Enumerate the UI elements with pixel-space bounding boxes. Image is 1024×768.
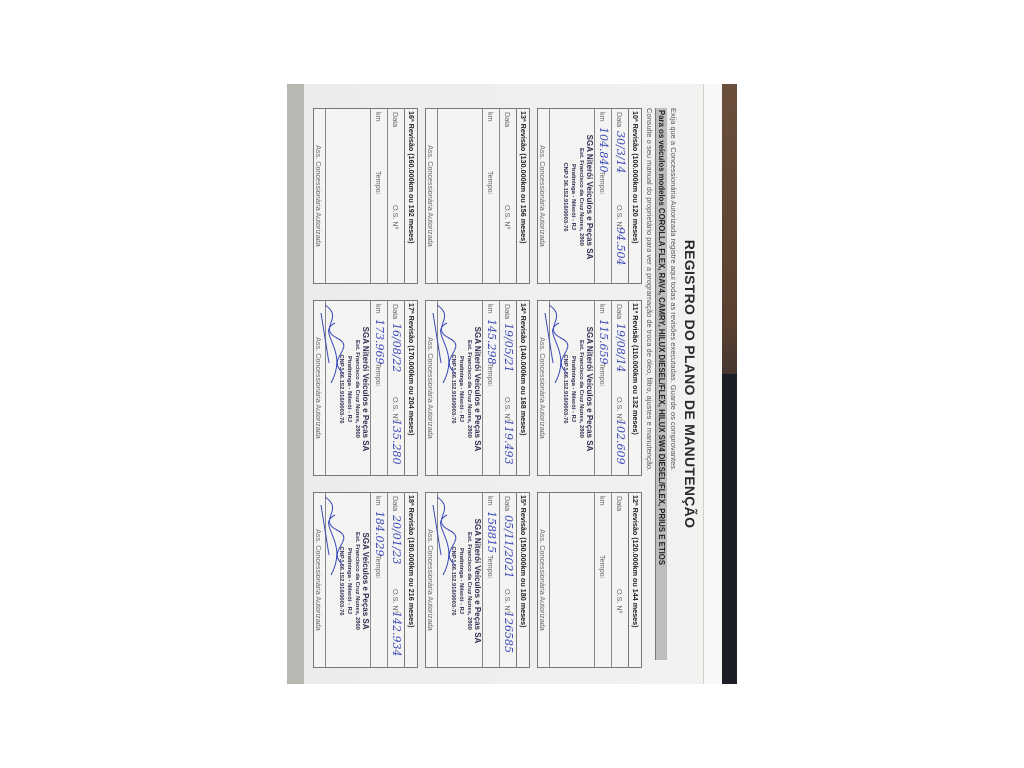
revision-title: 11ª Revisão (110.000km ou 132 meses) xyxy=(628,301,641,475)
date-row: Data O.S. Nº xyxy=(499,109,516,283)
revision-card: 13ª Revisão (130.000km ou 156 meses) Dat… xyxy=(425,108,530,284)
tempo-label: Tempo: xyxy=(598,555,607,579)
km-row: km Tempo: xyxy=(482,109,499,283)
stamp-area xyxy=(437,109,482,283)
revision-title: 10ª Revisão (100.000km ou 120 meses) xyxy=(628,109,641,283)
km-value: 158815 xyxy=(485,511,498,553)
signature-label: Ass. Concessionária Autorizada xyxy=(423,109,437,283)
km-row: km Tempo: xyxy=(594,493,611,667)
os-label: O.S. Nº xyxy=(391,589,400,613)
km-row: km 184.029 Tempo: xyxy=(370,493,387,667)
date-value: 16/08/22 xyxy=(390,323,403,372)
revision-title: 18ª Revisão (180.000km ou 216 meses) xyxy=(404,493,417,667)
signature-label: Ass. Concessionária Autorizada xyxy=(535,109,549,283)
revision-title: 13ª Revisão (130.000km ou 156 meses) xyxy=(516,109,529,283)
os-label: O.S. Nº xyxy=(615,397,624,421)
revisions-grid: 10ª Revisão (100.000km ou 120 meses) Dat… xyxy=(317,108,642,668)
signature-label: Ass. Concessionária Autorizada xyxy=(423,301,437,475)
stamp-area: SGA Niterói Veículos e Peças SAEst. Fran… xyxy=(325,301,370,475)
tempo-label: Tempo: xyxy=(598,171,607,195)
dealer-stamp: SGA Veículos e Peças SAEst. Francisco da… xyxy=(337,503,369,659)
km-value: 104.840 xyxy=(597,127,610,173)
stamp-area xyxy=(549,493,594,667)
stamp-area: SGA Niterói Veículos e Peças SAEst. Fran… xyxy=(549,301,594,475)
revision-title: 12ª Revisão (120.000km ou 144 meses) xyxy=(628,493,641,667)
os-label: O.S. Nº xyxy=(503,397,512,421)
os-label: O.S. Nº xyxy=(503,589,512,613)
date-row: Data 05/11/2021 O.S. Nº 126585 xyxy=(499,493,516,667)
km-label: km xyxy=(374,112,383,122)
tempo-label: Tempo: xyxy=(374,363,383,387)
revision-title: 17ª Revisão (170.000km ou 204 meses) xyxy=(404,301,417,475)
date-value: 19/08/14 xyxy=(614,323,627,372)
km-value: 173.969 xyxy=(373,319,386,365)
revision-card: 16ª Revisão (160.000km ou 192 meses) Dat… xyxy=(313,108,418,284)
km-value: 115.659 xyxy=(597,319,610,365)
revision-card: 11ª Revisão (110.000km ou 132 meses) Dat… xyxy=(537,300,642,476)
os-value: 94.504 xyxy=(614,227,627,266)
km-label: km xyxy=(486,112,495,122)
km-row: km 115.659 Tempo: xyxy=(594,301,611,475)
dealer-stamp: SGA Niterói Veículos e Peças SAEst. Fran… xyxy=(337,311,369,467)
signature-label: Ass. Concessionária Autorizada xyxy=(423,493,437,667)
date-value: 20/01/23 xyxy=(390,515,403,564)
booklet-edge xyxy=(287,84,305,684)
date-row: Data O.S. Nº xyxy=(387,109,404,283)
intro-text: Exija que a Concessionária Autorizada re… xyxy=(669,108,678,471)
os-value: 142.934 xyxy=(390,611,403,657)
km-label: km xyxy=(598,112,607,122)
date-value: 30/3/14 xyxy=(614,131,627,173)
tempo-label: Tempo: xyxy=(598,363,607,387)
date-label: Data xyxy=(391,496,400,511)
revision-title: 16ª Revisão (160.000km ou 192 meses) xyxy=(404,109,417,283)
revision-card: 12ª Revisão (120.000km ou 144 meses) Dat… xyxy=(537,492,642,668)
os-label: O.S. Nº xyxy=(391,397,400,421)
km-row: km 158815 Tempo: xyxy=(482,493,499,667)
km-label: km xyxy=(598,496,607,506)
km-label: km xyxy=(374,496,383,506)
date-row: Data O.S. Nº xyxy=(611,493,628,667)
km-label: km xyxy=(598,304,607,314)
date-label: Data xyxy=(503,496,512,511)
signature-label: Ass. Concessionária Autorizada xyxy=(535,493,549,667)
km-value: 184.029 xyxy=(373,511,386,557)
os-value: 102.609 xyxy=(614,419,627,465)
stamp-area: SGA Niterói Veículos e Peças SAEst. Fran… xyxy=(549,109,594,283)
signature-label: Ass. Concessionária Autorizada xyxy=(311,109,325,283)
km-row: km 104.840 Tempo: xyxy=(594,109,611,283)
km-label: km xyxy=(486,496,495,506)
consult-text: Consulte o seu manual do proprietário pa… xyxy=(645,108,654,471)
signature-label: Ass. Concessionária Autorizada xyxy=(311,301,325,475)
revision-card: 14ª Revisão (140.000km ou 168 meses) Dat… xyxy=(425,300,530,476)
revision-title: 15ª Revisão (150.000km ou 180 meses) xyxy=(516,493,529,667)
stamp-area: SGA Veículos e Peças SAEst. Francisco da… xyxy=(325,493,370,667)
document-photo: REGISTRO DO PLANO DE MANUTENÇÃO Exija qu… xyxy=(287,84,737,684)
date-value: 19/05/21 xyxy=(502,323,515,372)
page-fold xyxy=(703,84,722,684)
km-value: 145.298 xyxy=(485,319,498,365)
km-row: km 173.969 Tempo: xyxy=(370,301,387,475)
tempo-label: Tempo: xyxy=(486,363,495,387)
date-label: Data xyxy=(391,304,400,319)
revision-title: 14ª Revisão (140.000km ou 168 meses) xyxy=(516,301,529,475)
os-value: 135.280 xyxy=(390,419,403,465)
page-title: REGISTRO DO PLANO DE MANUTENÇÃO xyxy=(682,84,698,684)
date-row: Data 16/08/22 O.S. Nº 135.280 xyxy=(387,301,404,475)
date-row: Data 19/08/14 O.S. Nº 102.609 xyxy=(611,301,628,475)
maintenance-record-page: REGISTRO DO PLANO DE MANUTENÇÃO Exija qu… xyxy=(304,84,722,684)
os-value: 119.493 xyxy=(502,419,515,465)
km-label: km xyxy=(374,304,383,314)
date-row: Data 19/05/21 O.S. Nº 119.493 xyxy=(499,301,516,475)
km-label: km xyxy=(486,304,495,314)
os-value: 126585 xyxy=(502,611,515,653)
date-label: Data xyxy=(615,304,624,319)
date-row: Data 30/3/14 O.S. Nº 94.504 xyxy=(611,109,628,283)
os-label: O.S. Nº xyxy=(503,205,512,229)
km-row: km Tempo: xyxy=(370,109,387,283)
date-label: Data xyxy=(503,304,512,319)
date-label: Data xyxy=(615,112,624,127)
tempo-label: Tempo: xyxy=(486,555,495,579)
tempo-label: Tempo: xyxy=(486,171,495,195)
dealer-stamp: SGA Niterói Veículos e Peças SAEst. Fran… xyxy=(449,503,481,659)
tempo-label: Tempo: xyxy=(374,171,383,195)
date-row: Data 20/01/23 O.S. Nº 142.934 xyxy=(387,493,404,667)
stamp-area: SGA Niterói Veículos e Peças SAEst. Fran… xyxy=(437,301,482,475)
km-row: km 145.298 Tempo: xyxy=(482,301,499,475)
stamp-area xyxy=(325,109,370,283)
models-banner: Para os veículos modelos COROLLA FLEX, R… xyxy=(655,108,667,660)
stamp-area: SGA Niterói Veículos e Peças SAEst. Fran… xyxy=(437,493,482,667)
date-label: Data xyxy=(391,112,400,127)
dealer-stamp: SGA Niterói Veículos e Peças SAEst. Fran… xyxy=(449,311,481,467)
dealer-stamp: SGA Niterói Veículos e Peças SAEst. Fran… xyxy=(561,119,593,275)
revision-card: 10ª Revisão (100.000km ou 120 meses) Dat… xyxy=(537,108,642,284)
revision-card: 15ª Revisão (150.000km ou 180 meses) Dat… xyxy=(425,492,530,668)
os-label: O.S. Nº xyxy=(615,205,624,229)
signature-label: Ass. Concessionária Autorizada xyxy=(535,301,549,475)
date-label: Data xyxy=(615,496,624,511)
date-label: Data xyxy=(503,112,512,127)
date-value: 05/11/2021 xyxy=(502,515,515,578)
os-label: O.S. Nº xyxy=(391,205,400,229)
tempo-label: Tempo: xyxy=(374,555,383,579)
revision-card: 17ª Revisão (170.000km ou 204 meses) Dat… xyxy=(313,300,418,476)
dealer-stamp: SGA Niterói Veículos e Peças SAEst. Fran… xyxy=(561,311,593,467)
signature-label: Ass. Concessionária Autorizada xyxy=(311,493,325,667)
os-label: O.S. Nº xyxy=(615,589,624,613)
revision-card: 18ª Revisão (180.000km ou 216 meses) Dat… xyxy=(313,492,418,668)
